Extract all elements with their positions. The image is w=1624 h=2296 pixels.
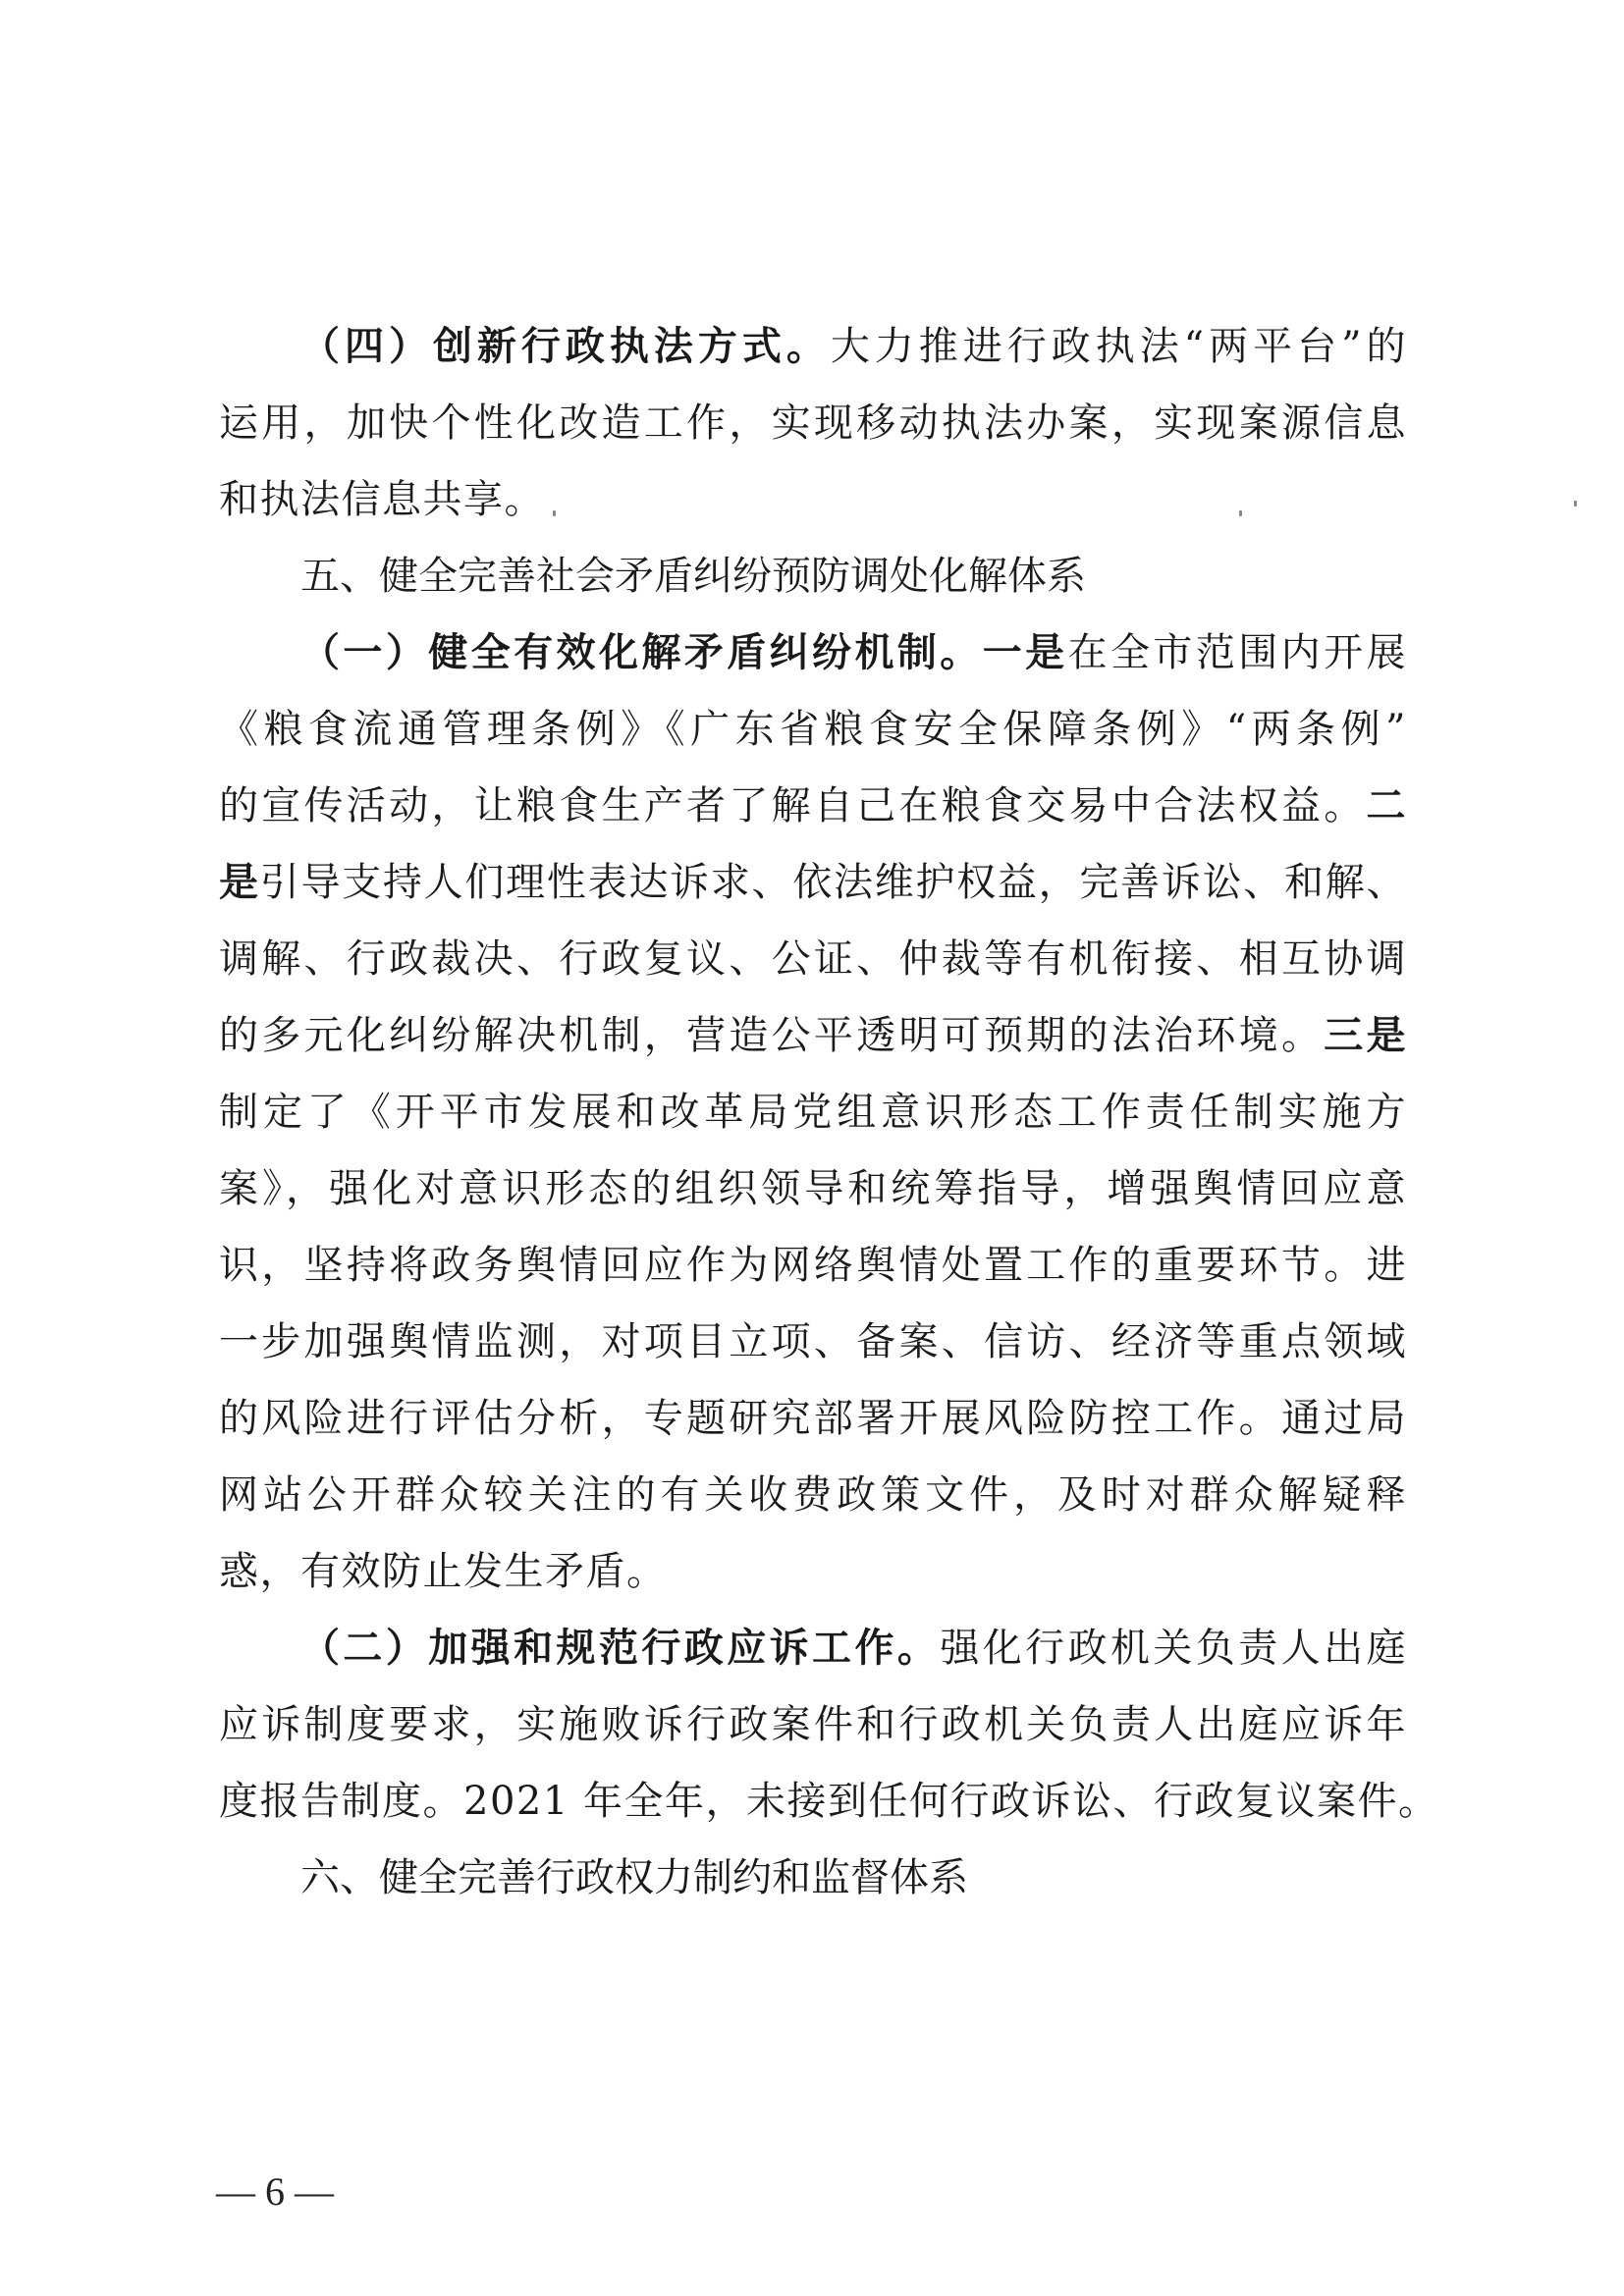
body-text: 强化行政机关负责人出庭 <box>940 1626 1407 1671</box>
paragraph-1-line-12: 网站公开群众较关注的有关收费政策文件，及时对群众解疑释 <box>219 1457 1407 1533</box>
body-text: 的宣传活动，让粮食生产者了解自己在粮食交易中合法权益。 <box>219 783 1367 828</box>
paragraph-1-line-9: 识，坚持将政务舆情回应作为网络舆情处置工作的重要环节。进 <box>219 1227 1407 1304</box>
scan-artifact <box>1239 510 1242 516</box>
paragraph-1-line-8: 案》，强化对意识形态的组织领导和统筹指导，增强舆情回应意 <box>219 1150 1407 1227</box>
emphasis-text: 是 <box>219 859 260 905</box>
section-heading-5: 五、健全完善社会矛盾纠纷预防调处化解体系 <box>300 538 1407 614</box>
paragraph-1-line-1: （一）健全有效化解矛盾纠纷机制。一是在全市范围内开展 <box>300 614 1407 691</box>
scan-artifact <box>1574 501 1577 507</box>
paragraph-1-line-11: 的风险进行评估分析，专题研究部署开展风险防控工作。通过局 <box>219 1380 1407 1457</box>
page-number: — 6 — <box>216 2164 334 2219</box>
subsection-title-1: （一）健全有效化解矛盾纠纷机制。一是 <box>300 629 1068 675</box>
paragraph-2-line-3: 度报告制度。2021 年全年，未接到任何行政诉讼、行政复议案件。 <box>219 1763 1407 1840</box>
paragraph-1-line-7: 制定了《开平市发展和改革局党组意识形态工作责任制实施方 <box>219 1074 1407 1150</box>
paragraph-1-line-10: 一步加强舆情监测，对项目立项、备案、信访、经济等重点领域 <box>219 1304 1407 1380</box>
paragraph-1-line-6: 的多元化纠纷解决机制，营造公平透明可预期的法治环境。三是 <box>219 997 1407 1074</box>
subsection-title-2: （二）加强和规范行政应诉工作。 <box>300 1625 940 1671</box>
paragraph-1-line-4: 是引导支持人们理性表达诉求、依法维护权益，完善诉讼、和解、 <box>219 844 1407 921</box>
body-text: 在全市范围内开展 <box>1068 630 1407 675</box>
paragraph-1-line-13: 惑，有效防止发生矛盾。 <box>219 1533 1407 1610</box>
paragraph-2-line-2: 应诉制度要求，实施败诉行政案件和行政机关负责人出庭应诉年 <box>219 1686 1407 1763</box>
paragraph-2-line-1: （二）加强和规范行政应诉工作。强化行政机关负责人出庭 <box>300 1610 1407 1686</box>
section-heading-6: 六、健全完善行政权力制约和监督体系 <box>300 1840 1407 1916</box>
body-text: 引导支持人们理性表达诉求、依法维护权益，完善诉讼、和解、 <box>260 860 1407 905</box>
subsection-title-4: （四）创新行政执法方式。 <box>300 323 831 369</box>
emphasis-text: 二 <box>1367 782 1408 828</box>
paragraph-1-line-5: 调解、行政裁决、行政复议、公证、仲裁等有机衔接、相互协调 <box>219 921 1407 997</box>
body-text: 的多元化纠纷解决机制，营造公平透明可预期的法治环境。 <box>219 1013 1324 1058</box>
emphasis-text: 三是 <box>1324 1012 1407 1058</box>
paragraph-4-line-3: 和执法信息共享。 <box>219 461 1407 538</box>
paragraph-1-line-2: 《粮食流通管理条例》《广东省粮食安全保障条例》“两条例” <box>219 691 1407 768</box>
paragraph-1-line-3: 的宣传活动，让粮食生产者了解自己在粮食交易中合法权益。二 <box>219 768 1407 844</box>
paragraph-4-line-2: 运用，加快个性化改造工作，实现移动执法办案，实现案源信息 <box>219 385 1407 461</box>
body-text: 大力推进行政执法“两平台”的 <box>831 324 1407 369</box>
paragraph-4-line-1: （四）创新行政执法方式。大力推进行政执法“两平台”的 <box>300 308 1407 385</box>
document-page: （四）创新行政执法方式。大力推进行政执法“两平台”的 运用，加快个性化改造工作，… <box>0 0 1624 2296</box>
scan-artifact <box>553 510 556 516</box>
